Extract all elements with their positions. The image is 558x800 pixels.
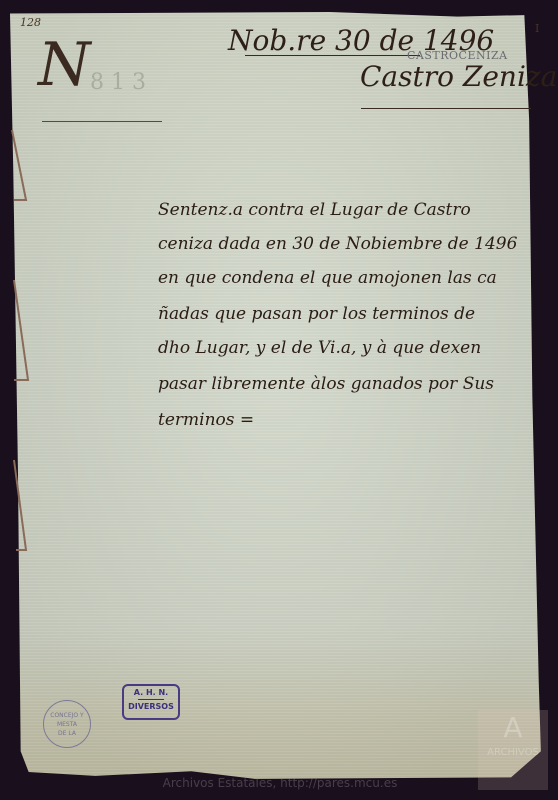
concejo-mesta-stamp: CONCEJO Y MESTA DE LA: [43, 700, 91, 748]
date-underline: [245, 55, 420, 56]
folio-number: 128: [20, 16, 41, 29]
stamp-bottom-text: DE LA: [44, 729, 90, 738]
pencil-marking: 8 1 3: [90, 70, 146, 95]
watermark-logo-letter: A: [478, 710, 548, 746]
body-line: ceniza dada en 30 de Nobiembre de 1496: [158, 234, 517, 254]
body-line: terminos =: [158, 410, 254, 430]
stamp-middle-text: MESTA: [44, 720, 90, 729]
stamp-line-1: A. H. N.: [124, 686, 178, 699]
manuscript-page: [10, 12, 543, 782]
body-line: Sentenz.a contra el Lugar de Castro: [158, 200, 471, 220]
body-line: pasar libremente àlos ganados por Sus: [158, 374, 494, 394]
stamp-top-text: CONCEJO Y: [44, 711, 90, 720]
body-line: ñadas que pasan por los terminos de: [158, 304, 475, 324]
stamp-line-2: DIVERSOS: [124, 700, 178, 713]
body-line: en que condena el que amojonen las ca: [158, 268, 497, 288]
ahn-archive-stamp: A. H. N. DIVERSOS: [122, 684, 180, 720]
place-heading: Castro Zeniza: [360, 60, 557, 93]
body-line: dho Lugar, y el de Vi.a, y à que dexen: [158, 338, 481, 358]
place-underline: [361, 108, 531, 109]
folio-roman-numeral: I: [535, 22, 539, 35]
marginal-initial: N: [38, 30, 91, 100]
margin-bracket-marks: [10, 130, 34, 570]
margin-rule: [42, 121, 162, 122]
watermark-logo-text: ARCHIVOS: [478, 746, 548, 760]
archive-watermark-logo: A ARCHIVOS: [478, 710, 548, 790]
footer-watermark: Archivos Estatales, http://pares.mcu.es: [110, 776, 450, 790]
